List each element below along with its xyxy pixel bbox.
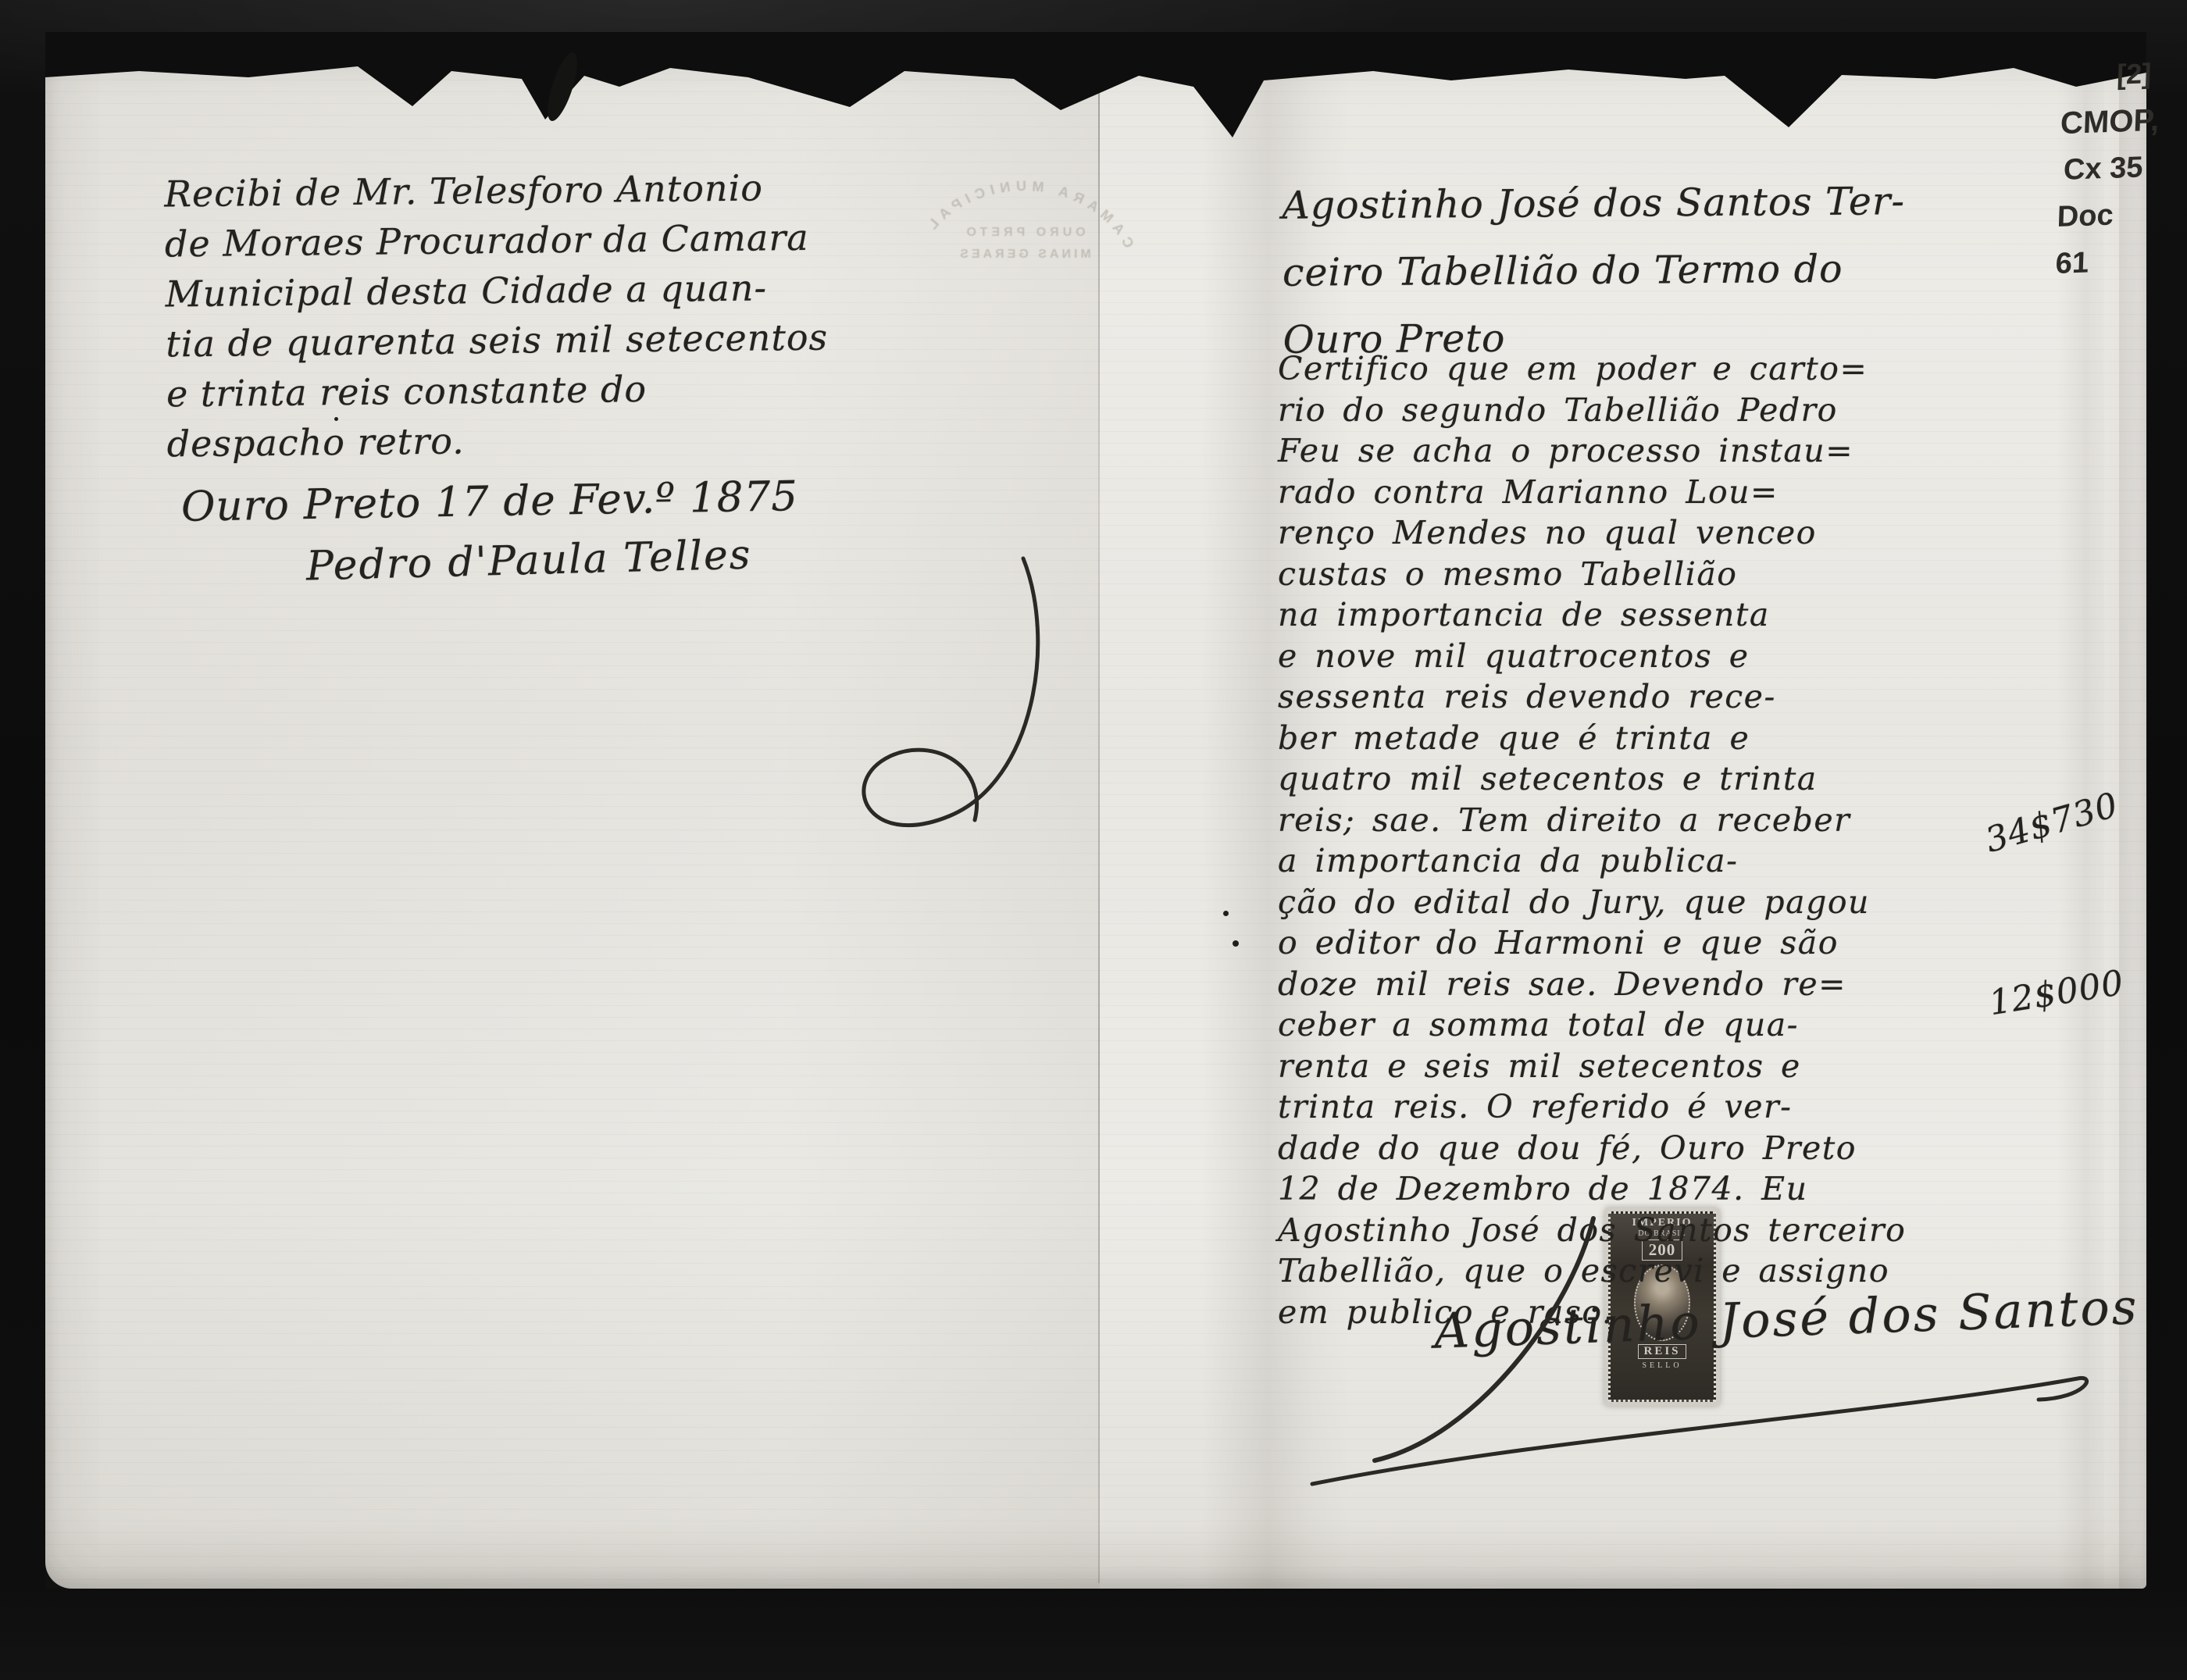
receipt-line: tia de quarenta seis mil setecentos <box>166 312 828 369</box>
body-line: a importancia da publica- <box>1278 840 1906 882</box>
document-scan: CAMARA MUNICIPAL OURO PRETO MINAS GERAES… <box>0 0 2187 1680</box>
receipt-line: Recibi de Mr. Telesforo Antonio <box>164 162 826 219</box>
seal-arc-text: CAMARA MUNICIPAL <box>921 178 1136 251</box>
body-line: e nove mil quatrocentos e <box>1278 636 1906 677</box>
archive-mark-box: Cx 35 <box>2058 144 2153 194</box>
body-line: o editor do Harmoni e que são <box>1278 922 1906 964</box>
svg-text:CAMARA MUNICIPAL: CAMARA MUNICIPAL <box>921 178 1136 251</box>
body-line: na importancia de sessenta <box>1278 594 1906 636</box>
notary-signature-flourish <box>1289 1203 2109 1539</box>
header-line: Agostinho José dos Santos Ter- <box>1282 168 1905 240</box>
seal-line-minas-geraes: MINAS GERAES <box>957 248 1091 261</box>
receipt-line: Municipal desta Cidade a quan- <box>165 262 827 319</box>
certificate-body-text: Certifico que em poder e carto= rio do s… <box>1278 348 1906 1332</box>
receipt-line: de Moraes Procurador da Camara <box>165 212 827 269</box>
body-line: custas o mesmo Tabellião <box>1278 554 1906 595</box>
torn-top-edge <box>45 32 2146 157</box>
header-line: ceiro Tabellião do Termo do <box>1283 235 1906 307</box>
body-line: quatro mil setecentos e trinta <box>1278 758 1906 800</box>
body-line: Certifico que em poder e carto= <box>1278 348 1906 390</box>
body-line: rado contra Marianno Lou= <box>1278 472 1906 513</box>
signature-flourish <box>765 547 1062 883</box>
body-line: rio do segundo Tabellião Pedro <box>1278 390 1906 431</box>
ink-speck <box>1233 940 1239 947</box>
body-line: sessenta reis devendo rece- <box>1278 676 1906 718</box>
body-line: ceber a somma total de qua- <box>1278 1004 1906 1046</box>
embossed-municipal-seal: CAMARA MUNICIPAL OURO PRETO MINAS GERAES <box>898 141 1150 285</box>
receipt-line: despacho retro. <box>166 412 829 469</box>
archive-mark-doc: Doc 61 <box>2055 191 2152 287</box>
left-page-receipt-text: Recibi de Mr. Telesforo Antonio de Morae… <box>164 162 829 469</box>
receipt-line: e trinta reis constante do <box>166 362 829 419</box>
body-line: renta e seis mil setecentos e <box>1278 1046 1906 1087</box>
archive-mark-fund: CMOP, <box>2060 97 2155 147</box>
body-line: dade do que dou fé, Ouro Preto <box>1278 1128 1906 1169</box>
body-line: ber metade que é trinta e <box>1278 718 1906 759</box>
seal-line-ouro-preto: OURO PRETO <box>962 226 1085 239</box>
body-line: renço Mendes no qual venceo <box>1278 512 1906 554</box>
archive-reference-marks: [2] CMOP, Cx 35 Doc 61 <box>2055 50 2157 287</box>
body-line: Feu se acha o processo instau= <box>1278 430 1906 472</box>
body-line: doze mil reis sae. Devendo re= <box>1278 964 1906 1005</box>
body-line: trinta reis. O referido é ver- <box>1278 1086 1906 1128</box>
notary-header: Agostinho José dos Santos Ter- ceiro Tab… <box>1282 168 1906 374</box>
archive-mark-number: [2] <box>2061 50 2157 100</box>
ink-speck <box>1223 911 1229 916</box>
body-line: reis; sae. Tem direito a receber <box>1278 800 1906 841</box>
body-line: ção do edital do Jury, que pagou <box>1278 882 1906 923</box>
